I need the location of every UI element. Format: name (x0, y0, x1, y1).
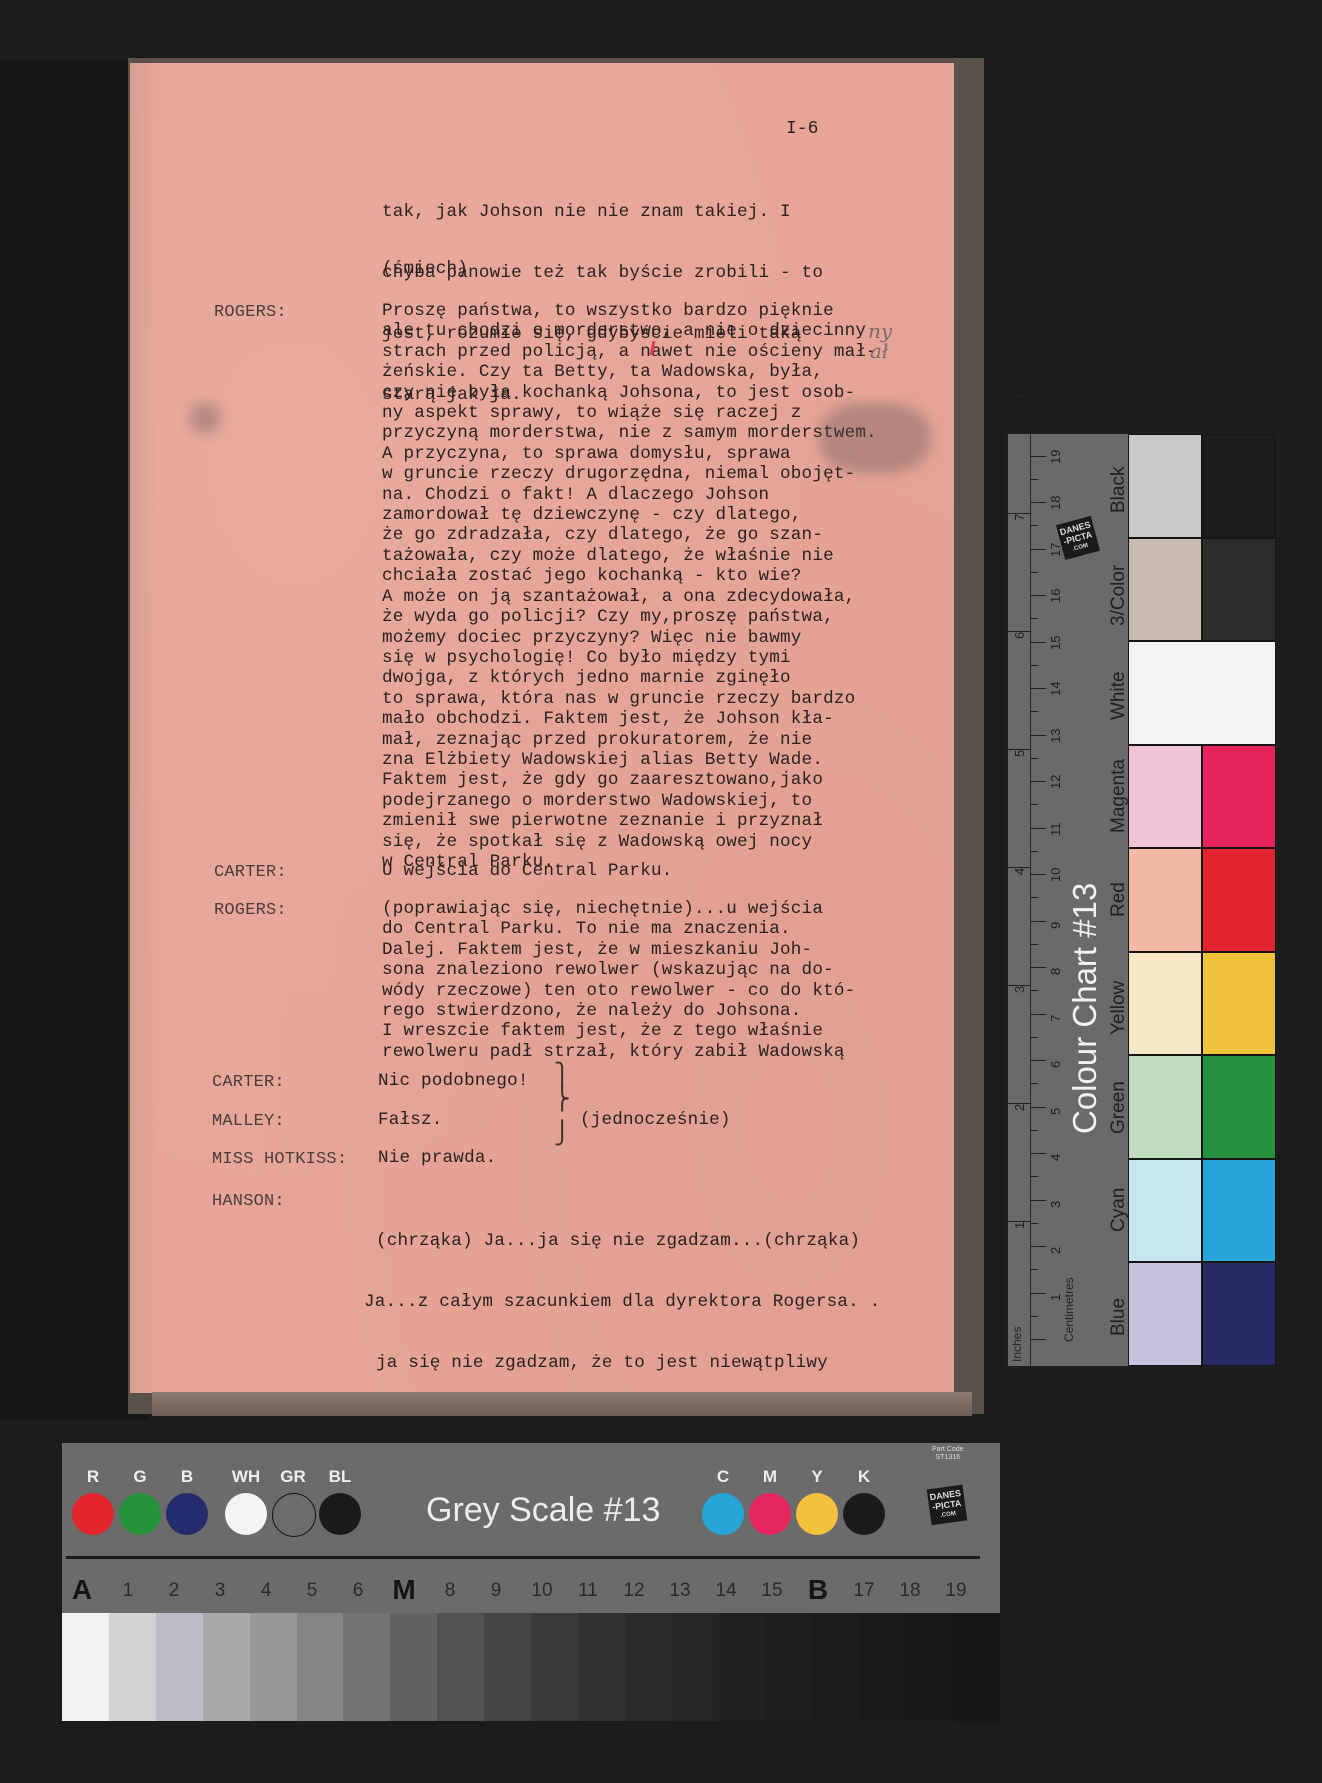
tick (1030, 921, 1046, 922)
tick (1008, 985, 1030, 986)
text-line: rewolweru padł strzał, który zabił Wadow… (382, 1042, 855, 1062)
dialogue-line: Fałsz. (378, 1110, 443, 1130)
text-line: (poprawiając się, niechętnie)...u wejści… (382, 899, 855, 919)
grey-step (813, 1613, 860, 1721)
text-line: zmienił swe pierwotne zeznanie i przyzna… (382, 811, 877, 831)
inches-label: Inches (1010, 1327, 1024, 1362)
text-line: Faktem jest, że gdy go zaaresztowano,jak… (382, 770, 877, 790)
text-line: I wreszcie faktem jest, że z tego właśni… (382, 1021, 855, 1041)
inch-tick-label: 3 (1012, 986, 1027, 993)
stain (190, 403, 220, 433)
pencil-annotation: ał (870, 339, 888, 363)
tick (1030, 967, 1046, 968)
speaker-label: MISS HOTKISS: (212, 1150, 347, 1169)
patch-label: Magenta (1108, 759, 1130, 833)
tick (1030, 1176, 1038, 1177)
step-label: 15 (752, 1580, 792, 1602)
stain (820, 403, 930, 473)
tick (1030, 1293, 1046, 1294)
page-edge (152, 1392, 972, 1416)
text-line: zna Elżbiety Wadowskiej alias Betty Wade… (382, 750, 877, 770)
swatch-label: B (166, 1467, 208, 1487)
tick (1008, 631, 1030, 632)
swatch-label: C (702, 1467, 744, 1487)
grey-scale-card: Part Code ST1316 RGBWHGRBLCMYK Grey Scal… (62, 1443, 1000, 1721)
patch-yellow-dark (1202, 952, 1276, 1056)
stage-direction: (śmiech) (382, 259, 468, 279)
cm-tick-label: 19 (1048, 449, 1063, 463)
cm-tick-label: 7 (1048, 1014, 1063, 1021)
tick (1008, 749, 1030, 750)
dialogue-carter-1: U wejścia do Central Parku. (382, 861, 672, 881)
text-line: to sprawa, która nas w gruncie rzeczy ba… (382, 689, 877, 709)
step-label: 4 (246, 1580, 286, 1602)
tick (1030, 618, 1038, 619)
inch-tick-label: 6 (1012, 632, 1027, 639)
patch-3-color-dark (1202, 538, 1276, 642)
grey-step (156, 1613, 203, 1721)
swatch-label: M (749, 1467, 791, 1487)
tick (1030, 525, 1038, 526)
text-line: mał, zeznając przed prokuratorem, że nie (382, 730, 877, 750)
cm-tick-label: 16 (1048, 589, 1063, 603)
grey-step (390, 1613, 437, 1721)
patch-cyan-dark (1202, 1159, 1276, 1263)
text-line: czy nie była kochanką Johsona, to jest o… (382, 383, 877, 403)
tick (1030, 502, 1046, 503)
inch-tick-label: 5 (1012, 750, 1027, 757)
tick (1030, 1200, 1046, 1201)
patch-red-light (1128, 848, 1202, 952)
speaker-label: MALLEY: (212, 1112, 285, 1131)
patch-label: Cyan (1108, 1188, 1130, 1232)
part-code-value: ST1316 (932, 1454, 964, 1462)
dialogue-line: Nie prawda. (378, 1148, 496, 1168)
text-line: A może on ją szantażował, a ona zdecydow… (382, 587, 877, 607)
dialogue-rogers-2: (poprawiając się, niechętnie)...u wejści… (382, 899, 855, 1062)
grey-step (343, 1613, 390, 1721)
patch-blue-dark (1202, 1262, 1276, 1366)
text-line: że go zdradzała, czy dlatego, że go szan… (382, 525, 877, 545)
cm-tick-label: 15 (1048, 635, 1063, 649)
brace-middle: ⎬ (554, 1087, 571, 1112)
step-label: 5 (292, 1580, 332, 1602)
grey-step (531, 1613, 578, 1721)
patch-magenta-light (1128, 745, 1202, 849)
tick (1030, 1107, 1046, 1108)
swatch-wh (225, 1493, 267, 1535)
tick (1030, 595, 1046, 596)
swatch-b (166, 1493, 208, 1535)
speaker-label: HANSON: (212, 1192, 285, 1211)
step-label: 3 (200, 1580, 240, 1602)
tick (1030, 1153, 1046, 1154)
text-line: żeńskie. Czy ta Betty, ta Wadowska, była… (382, 362, 877, 382)
step-label: 6 (338, 1580, 378, 1602)
tick (1030, 456, 1046, 457)
cm-tick-label: 6 (1048, 1061, 1063, 1068)
tick (1030, 479, 1038, 480)
patch-label: White (1108, 671, 1130, 720)
grey-step (766, 1613, 813, 1721)
text-line: tak, jak Johson nie nie znam takiej. I (382, 202, 823, 222)
grey-step (719, 1613, 766, 1721)
speaker-label: ROGERS: (214, 901, 287, 920)
grey-step (859, 1613, 906, 1721)
swatch-m (749, 1493, 791, 1535)
speaker-label: CARTER: (212, 1073, 285, 1092)
page-number: I-6 (786, 119, 818, 139)
patch-green-dark (1202, 1055, 1276, 1159)
inch-tick-label: 7 (1012, 514, 1027, 521)
cm-tick-label: 5 (1048, 1107, 1063, 1114)
dialogue-line: Nic podobnego! (378, 1071, 529, 1091)
tick (1030, 711, 1038, 712)
cm-tick-label: 1 (1048, 1293, 1063, 1300)
grey-step (62, 1613, 109, 1721)
step-label: 9 (476, 1580, 516, 1602)
swatch-bl (319, 1493, 361, 1535)
speaker-label: CARTER: (214, 863, 287, 882)
grey-step (672, 1613, 719, 1721)
text-line: U wejścia do Central Parku. (382, 861, 672, 881)
tick (1008, 1103, 1030, 1104)
step-label: 17 (844, 1580, 884, 1602)
text-line: ny aspekt sprawy, to wiąże się raczej z (382, 403, 877, 423)
step-label: 12 (614, 1580, 654, 1602)
text-line: mało obchodzi. Faktem jest, że Johson kł… (382, 709, 877, 729)
text-line: że wyda go policji? Czy my,proszę państw… (382, 607, 877, 627)
step-label: M (384, 1574, 424, 1606)
swatch-gr (272, 1493, 316, 1537)
grey-step (906, 1613, 953, 1721)
text-line: rego stwierdzono, że należy do Johsona. (382, 1001, 855, 1021)
tick (1030, 874, 1046, 875)
cm-tick-label: 3 (1048, 1200, 1063, 1207)
tick (1030, 1269, 1038, 1270)
patch-red-dark (1202, 848, 1276, 952)
cm-tick-label: 18 (1048, 496, 1063, 510)
tick (1030, 549, 1046, 550)
centimetres-label: Centimetres (1062, 1277, 1076, 1342)
grey-scale-title: Grey Scale #13 (426, 1491, 660, 1530)
swatch-label: GR (272, 1467, 314, 1487)
step-label: 19 (936, 1580, 976, 1602)
text-line: Dalej. Faktem jest, że w mieszkaniu Joh- (382, 940, 855, 960)
patch-black-light (1128, 434, 1202, 538)
tick (1030, 828, 1046, 829)
tick (1030, 1060, 1046, 1061)
patch-label: Blue (1108, 1298, 1130, 1336)
text-line: tażowała, czy może dlatego, że właśnie n… (382, 546, 877, 566)
grey-step (109, 1613, 156, 1721)
step-label: B (798, 1574, 838, 1606)
patch-label: 3/Color (1108, 565, 1130, 626)
tick (1030, 665, 1038, 666)
text-line: sona znaleziono rewolwer (wskazując na d… (382, 960, 855, 980)
dialogue-hanson: (chrząka) Ja...ja się nie zgadzam...(chr… (376, 1190, 880, 1414)
cm-tick-label: 4 (1048, 1154, 1063, 1161)
dialogue-rogers-1: Proszę państwa, to wszystko bardzo piękn… (382, 301, 877, 872)
tick (1030, 1014, 1046, 1015)
step-label: A (62, 1574, 102, 1606)
typescript-page: I-6 tak, jak Johson nie nie znam takiej.… (130, 63, 954, 1393)
tick (1030, 735, 1046, 736)
step-label: 1 (108, 1580, 148, 1602)
part-code-label: Part Code (932, 1446, 964, 1454)
step-label: 13 (660, 1580, 700, 1602)
cm-tick-label: 2 (1048, 1247, 1063, 1254)
swatch-label: Y (796, 1467, 838, 1487)
text-line: na. Chodzi o fakt! A dlaczego Johson (382, 485, 877, 505)
text-line: w gruncie rzeczy drugorzędna, niemal obo… (382, 464, 877, 484)
tick (1030, 944, 1038, 945)
patch-label: Red (1108, 882, 1130, 917)
tick (1030, 1223, 1038, 1224)
patch-label: Black (1108, 466, 1130, 512)
brace-bottom: ⎭ (554, 1121, 571, 1146)
patch-green-light (1128, 1055, 1202, 1159)
tick (1030, 758, 1038, 759)
inch-tick-label: 4 (1012, 868, 1027, 875)
text-line: dwojga, z których jedno marnie zginęło (382, 668, 877, 688)
cm-tick-label: 11 (1048, 822, 1063, 836)
tick (1030, 1037, 1038, 1038)
text-line: przyczyną morderstwa, nie z samym morder… (382, 423, 877, 443)
text-line: się, że spotkał się z Wadowską owej nocy (382, 832, 877, 852)
grey-step (297, 1613, 344, 1721)
colour-chart-title: Colour Chart #13 (1066, 883, 1104, 1134)
tick (1030, 1339, 1046, 1340)
text-line: podejrzanego o morderstwo Wadowskiej, to (382, 791, 877, 811)
cm-tick-label: 9 (1048, 921, 1063, 928)
tick (1008, 1221, 1030, 1222)
tick (1030, 688, 1046, 689)
text-line: (chrząka) Ja...ja się nie zgadzam...(chr… (376, 1231, 880, 1251)
cm-tick-label: 10 (1048, 868, 1063, 882)
swatch-label: K (843, 1467, 885, 1487)
cm-tick-label: 12 (1048, 775, 1063, 789)
danes-picta-logo: DANES -PICTA .COM (927, 1485, 967, 1526)
tick (1030, 990, 1038, 991)
step-label: 11 (568, 1580, 608, 1602)
tick (1030, 1083, 1038, 1084)
text-line: ale tu chodzi o morderstwo, a nie o dzie… (382, 321, 877, 341)
text-line: Proszę państwa, to wszystko bardzo piękn… (382, 301, 877, 321)
tick (1030, 804, 1038, 805)
tick (1030, 1246, 1046, 1247)
text-line: strach przed policją, a nawet nie ościen… (382, 342, 877, 362)
step-label: 8 (430, 1580, 470, 1602)
brace-top: ⎫ (554, 1063, 571, 1088)
tick (1008, 395, 1030, 396)
part-code: Part Code ST1316 (932, 1446, 964, 1462)
swatch-r (72, 1493, 114, 1535)
swatch-y (796, 1493, 838, 1535)
patch-3-color-light (1128, 538, 1202, 642)
tick (1030, 1130, 1038, 1131)
patch-label: Yellow (1108, 981, 1130, 1035)
grey-step (250, 1613, 297, 1721)
text-line: się w psychologię! Co było między tymi (382, 648, 877, 668)
grey-step (203, 1613, 250, 1721)
text-line: do Central Parku. To nie ma znaczenia. (382, 919, 855, 939)
swatch-label: BL (319, 1467, 361, 1487)
inch-tick-label: 2 (1012, 1104, 1027, 1111)
patch-magenta-dark (1202, 745, 1276, 849)
grey-step (484, 1613, 531, 1721)
step-label: 18 (890, 1580, 930, 1602)
simultaneous-note: (jednocześnie) (580, 1110, 731, 1130)
text-line: A przyczyna, to sprawa domysłu, sprawa (382, 444, 877, 464)
patch-white (1128, 641, 1276, 745)
grey-step (578, 1613, 625, 1721)
text-line: ja się nie zgadzam, że to jest niewątpli… (376, 1353, 880, 1373)
colour-chart: 1234567891011121314151617181912345678 In… (1004, 432, 1279, 1370)
text-line: Ja...z całym szacunkiem dla dyrektora Ro… (364, 1292, 880, 1312)
grey-steps (62, 1613, 1000, 1721)
swatch-k (843, 1493, 885, 1535)
inch-tick-label: 1 (1012, 1222, 1027, 1229)
text-line: zamordował tę dziewczynę - czy dlatego, (382, 505, 877, 525)
inch-tick-label: 8 (1012, 396, 1027, 403)
swatch-label: R (72, 1467, 114, 1487)
cm-tick-label: 8 (1048, 968, 1063, 975)
swatch-g (119, 1493, 161, 1535)
tick (1030, 897, 1038, 898)
patch-label: Green (1108, 1081, 1130, 1134)
swatch-label: G (119, 1467, 161, 1487)
tick (1030, 572, 1038, 573)
swatch-label: WH (225, 1467, 267, 1487)
speaker-label: ROGERS: (214, 303, 287, 322)
text-line: możemy dociec przyczyny? Więc nie bawmy (382, 628, 877, 648)
step-label: 10 (522, 1580, 562, 1602)
step-label: 14 (706, 1580, 746, 1602)
patch-black-dark (1202, 434, 1276, 538)
patch-yellow-light (1128, 952, 1202, 1056)
grey-step (625, 1613, 672, 1721)
tick (1030, 851, 1038, 852)
tick (1030, 642, 1046, 643)
patch-blue-light (1128, 1262, 1202, 1366)
cm-tick-label: 14 (1048, 682, 1063, 696)
swatch-c (702, 1493, 744, 1535)
divider-line (66, 1556, 980, 1559)
tick (1008, 513, 1030, 514)
tick (1030, 781, 1046, 782)
patch-cyan-light (1128, 1159, 1202, 1263)
grey-step (437, 1613, 484, 1721)
text-line: wódy rzeczowe) ten oto rewolwer - co do … (382, 981, 855, 1001)
page-edge-shade (130, 63, 160, 1393)
step-label: 2 (154, 1580, 194, 1602)
grey-step (953, 1613, 1000, 1721)
tick (1008, 867, 1030, 868)
tick (1030, 1316, 1038, 1317)
cm-tick-label: 13 (1048, 728, 1063, 742)
text-line: chciała zostać jego kochanką - kto wie? (382, 566, 877, 586)
ruler: 1234567891011121314151617181912345678 In… (1008, 434, 1128, 1366)
